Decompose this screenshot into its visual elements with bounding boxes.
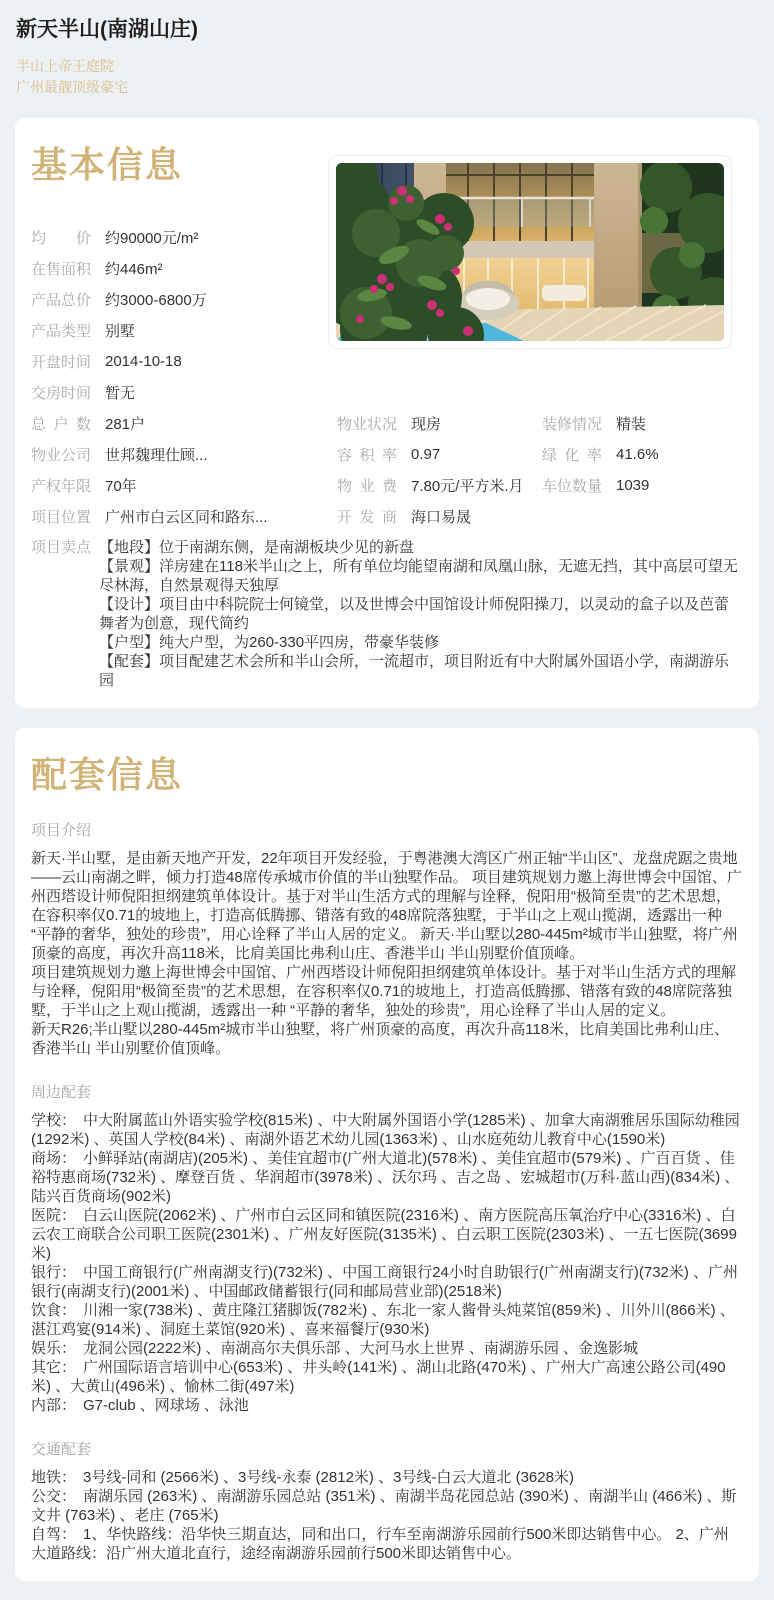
- facility-category-label: 自驾：: [31, 1526, 76, 1543]
- info-value: 1039: [616, 477, 649, 494]
- info-row: 开盘时间2014-10-18: [31, 346, 331, 377]
- facility-line: 自驾：1、华快路线：沿华快三期直达，同和出口，行车至南湖游乐园前行500米即达销…: [31, 1525, 743, 1563]
- facility-category-label: 医院：: [31, 1207, 76, 1224]
- info-value: 现房: [411, 413, 441, 434]
- project-photo[interactable]: [328, 155, 732, 349]
- info-value: 广州市白云区同和路东...: [105, 506, 268, 527]
- info-label: 总户数: [31, 413, 91, 434]
- info-label: 物业公司: [31, 444, 91, 465]
- facility-category-label: 内部：: [31, 1397, 76, 1414]
- around-subtitle: 周边配套: [31, 1084, 743, 1102]
- facility-items: 广州国际语言培训中心(653米) 、井头岭(141米) 、湖山北路(470米) …: [31, 1359, 726, 1395]
- info-label: 物业费: [337, 475, 397, 496]
- selling-point-line: 【设计】项目由中科院院士何镜堂，以及世博会中国馆设计师倪阳操刀，以灵动的盒子以及…: [99, 595, 743, 633]
- around-facilities: 学校：中大附属蓝山外语实验学校(815米) 、中大附属外国语小学(1285米) …: [31, 1111, 743, 1415]
- basic-info-col-3: 装修情况精装绿化率41.6%车位数量1039: [542, 408, 743, 532]
- traffic-subtitle: 交通配套: [31, 1441, 743, 1459]
- basic-info-card: 基本信息: [15, 118, 759, 708]
- info-label: 项目位置: [31, 506, 91, 527]
- info-label: 容积率: [337, 444, 397, 465]
- info-label: 产品总价: [31, 289, 91, 310]
- page: 新天半山(南湖山庄) 半山上帝王庭院 广州最靓顶级豪宅 基本信息: [0, 18, 774, 1581]
- info-value: 41.6%: [616, 446, 659, 463]
- page-header: 新天半山(南湖山庄) 半山上帝王庭院 广州最靓顶级豪宅: [0, 18, 774, 98]
- info-value: 70年: [105, 475, 137, 496]
- info-row: 总户数281户: [31, 408, 337, 439]
- info-label: 装修情况: [542, 413, 602, 434]
- facility-category-label: 学校：: [31, 1112, 76, 1129]
- info-row: 物业公司世邦魏理仕顾...: [31, 439, 337, 470]
- info-value: 暂无: [105, 382, 135, 403]
- intro-paragraph: 新天R26;半山墅以280-445m²城市半山独墅，将广州顶豪的高度，再次升高1…: [31, 1020, 743, 1058]
- facility-line: 其它：广州国际语言培训中心(653米) 、井头岭(141米) 、湖山北路(470…: [31, 1358, 743, 1396]
- info-row: 车位数量1039: [542, 470, 743, 501]
- intro-paragraphs: 新天·半山墅，是由新天地产开发，22年项目开发经验，于粤港澳大湾区广州正轴“半山…: [31, 849, 743, 1058]
- facility-category-label: 公交：: [31, 1488, 76, 1505]
- facility-items: 龙洞公园(2222米) 、南湖高尔夫俱乐部 、大河马水上世界 、南湖游乐园 、金…: [83, 1340, 638, 1357]
- facility-line: 饮食：川湘一家(738米) 、黄庄隆江猪脚饭(782米) 、东北一家人酱骨头炖菜…: [31, 1301, 743, 1339]
- selling-point-line: 【地段】位于南湖东侧，是南湖板块少见的新盘: [99, 538, 743, 557]
- info-label: 绿化率: [542, 444, 602, 465]
- selling-point-line: 【户型】纯大户型，为260-330平四房，带豪华装修: [99, 633, 743, 652]
- facility-line: 医院：白云山医院(2062米) 、广州市白云区同和镇医院(2316米) 、南方医…: [31, 1206, 743, 1263]
- facility-items: 3号线-同和 (2566米) 、3号线-永泰 (2812米) 、3号线-白云大道…: [83, 1469, 574, 1486]
- selling-point-line: 【景观】洋房建在118米半山之上，所有单位均能望南湖和凤凰山脉，无遮无挡，其中高…: [99, 557, 743, 595]
- facility-items: 南湖乐园 (263米) 、南湖游乐园总站 (351米) 、南湖半岛花园总站 (3…: [31, 1488, 736, 1524]
- info-value: 7.80元/平方米.月: [411, 475, 524, 496]
- info-value: 海口易晟: [411, 506, 471, 527]
- basic-info-col-1: 总户数281户物业公司世邦魏理仕顾...产权年限70年项目位置广州市白云区同和路…: [31, 408, 337, 532]
- info-value: 281户: [105, 413, 145, 434]
- info-row: 容积率0.97: [337, 439, 542, 470]
- selling-points-row: 项目卖点 【地段】位于南湖东侧，是南湖板块少见的新盘【景观】洋房建在118米半山…: [31, 538, 743, 690]
- facility-line: 地铁：3号线-同和 (2566米) 、3号线-永泰 (2812米) 、3号线-白…: [31, 1468, 743, 1487]
- info-row: 绿化率41.6%: [542, 439, 743, 470]
- page-title: 新天半山(南湖山庄): [16, 18, 758, 42]
- info-row: 物业费7.80元/平方米.月: [337, 470, 542, 501]
- facility-line: 学校：中大附属蓝山外语实验学校(815米) 、中大附属外国语小学(1285米) …: [31, 1111, 743, 1149]
- info-label: 车位数量: [542, 475, 602, 496]
- slogan-line-1: 半山上帝王庭院: [16, 56, 758, 77]
- facility-line: 银行：中国工商银行(广州南湖支行)(732米) 、中国工商银行24小时自助银行(…: [31, 1263, 743, 1301]
- facility-items: 川湘一家(738米) 、黄庄隆江猪脚饭(782米) 、东北一家人酱骨头炖菜馆(8…: [31, 1302, 735, 1338]
- selling-point-line: 【配套】项目配建艺术会所和半山会所，一流超市，项目附近有中大附属外国语小学，南湖…: [99, 652, 743, 690]
- intro-paragraph: 新天·半山墅，是由新天地产开发，22年项目开发经验，于粤港澳大湾区广州正轴“半山…: [31, 849, 743, 963]
- info-value: 约90000元/m²: [105, 227, 198, 248]
- basic-info-left-rows: 均价约90000元/m²在售面积约446m²产品总价约3000-6800万产品类…: [31, 222, 331, 408]
- traffic-facilities: 地铁：3号线-同和 (2566米) 、3号线-永泰 (2812米) 、3号线-白…: [31, 1468, 743, 1563]
- facility-line: 娱乐：龙洞公园(2222米) 、南湖高尔夫俱乐部 、大河马水上世界 、南湖游乐园…: [31, 1339, 743, 1358]
- info-label: 在售面积: [31, 258, 91, 279]
- info-value: 2014-10-18: [105, 353, 182, 370]
- facility-items: 1、华快路线：沿华快三期直达，同和出口，行车至南湖游乐园前行500米即达销售中心…: [31, 1526, 729, 1562]
- info-value: 0.97: [411, 446, 440, 463]
- selling-points-label: 项目卖点: [31, 538, 91, 557]
- info-row: 产品类型别墅: [31, 315, 331, 346]
- intro-subtitle: 项目介绍: [31, 822, 743, 840]
- info-label: 交房时间: [31, 382, 91, 403]
- facilities-card: 配套信息 项目介绍 新天·半山墅，是由新天地产开发，22年项目开发经验，于粤港澳…: [15, 728, 759, 1581]
- villa-photo-illustration: [336, 163, 724, 341]
- info-label: 开发商: [337, 506, 397, 527]
- facility-category-label: 商场：: [31, 1150, 76, 1167]
- facility-category-label: 其它：: [31, 1359, 76, 1376]
- facility-category-label: 地铁：: [31, 1469, 76, 1486]
- info-row: 物业状况现房: [337, 408, 542, 439]
- intro-paragraph: 项目建筑规划力邀上海世博会中国馆、广州西塔设计师倪阳担纲建筑单体设计。基于对半山…: [31, 963, 743, 1020]
- info-row: 均价约90000元/m²: [31, 222, 331, 253]
- info-row: 项目位置广州市白云区同和路东...: [31, 501, 337, 532]
- info-value: 别墅: [105, 320, 135, 341]
- info-label: 开盘时间: [31, 351, 91, 372]
- info-value: 世邦魏理仕顾...: [105, 444, 208, 465]
- info-row: 产品总价约3000-6800万: [31, 284, 331, 315]
- info-label: 产品类型: [31, 320, 91, 341]
- info-value: 精装: [616, 413, 646, 434]
- slogan-line-2: 广州最靓顶级豪宅: [16, 77, 758, 98]
- info-label: 产权年限: [31, 475, 91, 496]
- facility-items: 中国工商银行(广州南湖支行)(732米) 、中国工商银行24小时自助银行(广州南…: [31, 1264, 738, 1300]
- info-row: 在售面积约446m²: [31, 253, 331, 284]
- info-row: 产权年限70年: [31, 470, 337, 501]
- info-value: 约3000-6800万: [105, 289, 207, 310]
- info-row: 装修情况精装: [542, 408, 743, 439]
- facilities-title: 配套信息: [31, 754, 743, 796]
- facility-items: 中大附属蓝山外语实验学校(815米) 、中大附属外国语小学(1285米) 、加拿…: [31, 1112, 740, 1148]
- basic-info-col-2: 物业状况现房容积率0.97物业费7.80元/平方米.月开发商海口易晟: [337, 408, 542, 532]
- facility-category-label: 饮食：: [31, 1302, 76, 1319]
- facility-line: 内部：G7-club 、网球场 、泳池: [31, 1396, 743, 1415]
- info-label: 物业状况: [337, 413, 397, 434]
- info-value: 约446m²: [105, 258, 163, 279]
- facility-category-label: 银行：: [31, 1264, 76, 1281]
- facility-items: 白云山医院(2062米) 、广州市白云区同和镇医院(2316米) 、南方医院高压…: [31, 1207, 737, 1262]
- basic-info-columns: 总户数281户物业公司世邦魏理仕顾...产权年限70年项目位置广州市白云区同和路…: [31, 408, 743, 532]
- selling-points-text: 【地段】位于南湖东侧，是南湖板块少见的新盘【景观】洋房建在118米半山之上，所有…: [99, 538, 743, 690]
- facility-category-label: 娱乐：: [31, 1340, 76, 1357]
- info-label: 均价: [31, 227, 91, 248]
- facility-line: 公交：南湖乐园 (263米) 、南湖游乐园总站 (351米) 、南湖半岛花园总站…: [31, 1487, 743, 1525]
- facility-items: G7-club 、网球场 、泳池: [83, 1397, 249, 1414]
- facility-line: 商场：小鲜驿站(南湖店)(205米) 、美佳宜超市(广州大道北)(578米) 、…: [31, 1149, 743, 1206]
- facility-items: 小鲜驿站(南湖店)(205米) 、美佳宜超市(广州大道北)(578米) 、美佳宜…: [31, 1150, 739, 1205]
- info-row: 开发商海口易晟: [337, 501, 542, 532]
- info-row: 交房时间暂无: [31, 377, 331, 408]
